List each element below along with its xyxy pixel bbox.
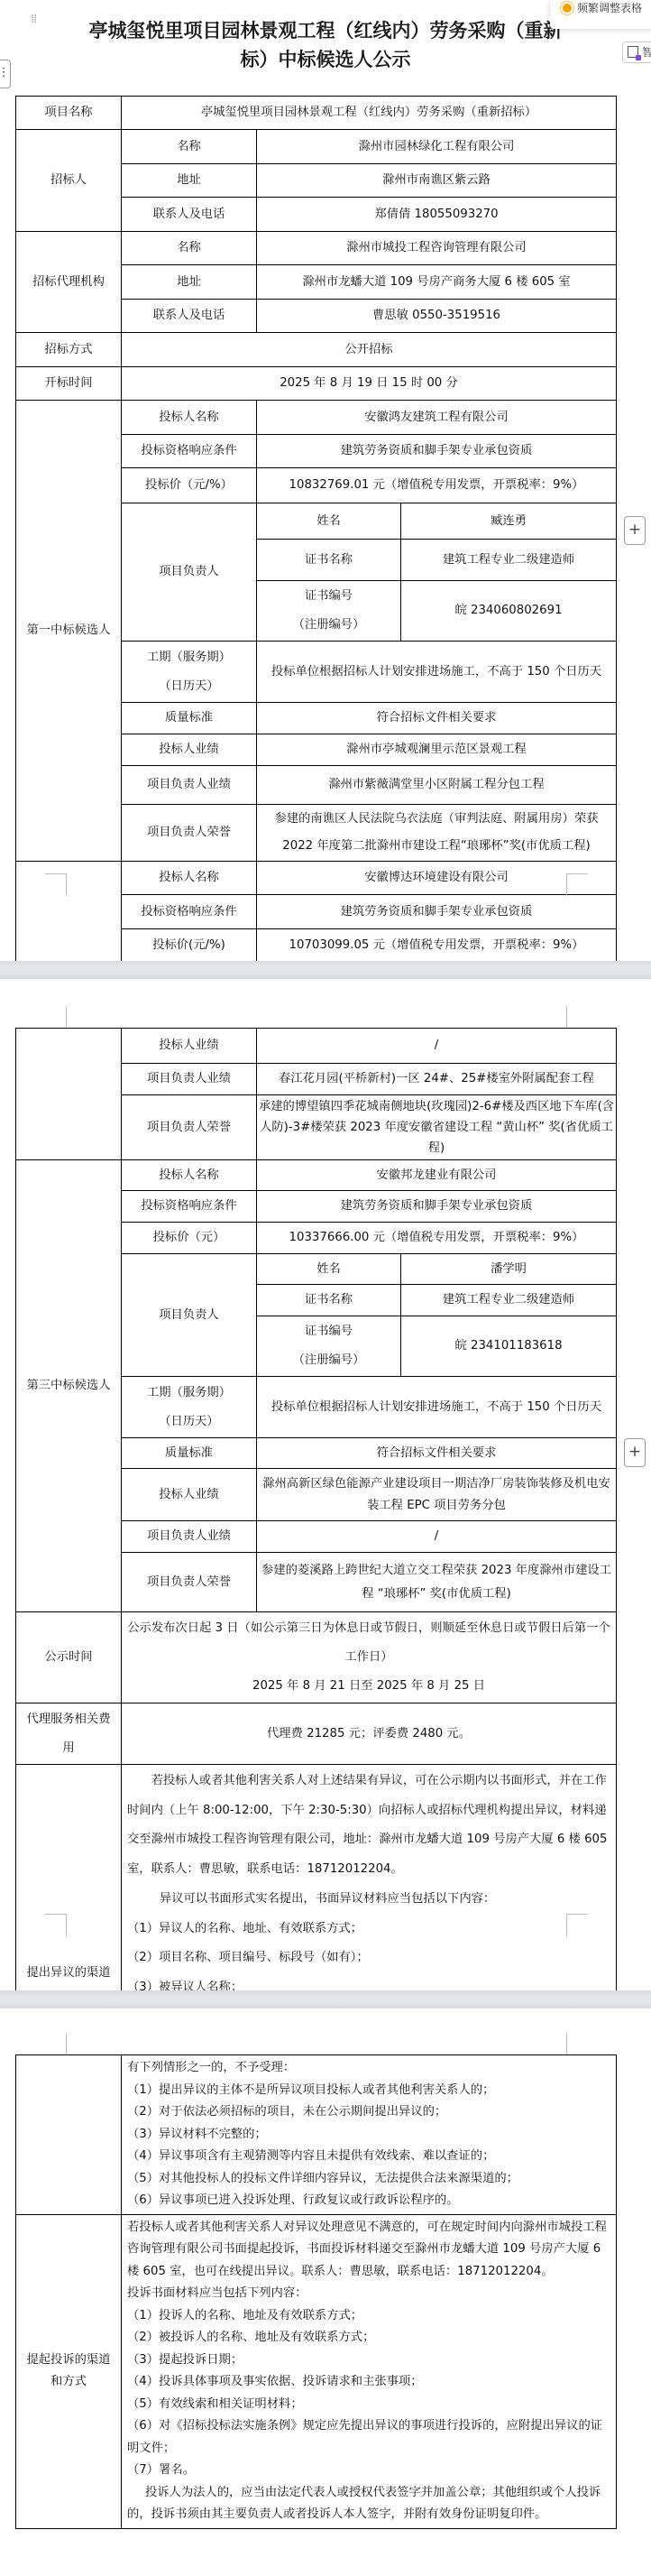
label-pm-perf: 项目负责人业绩 (122, 766, 257, 805)
objection-sub: 异议可以书面形式实名提出，书面异议材料应当包括以下内容： (127, 1885, 610, 1915)
page-corner-mark (45, 873, 67, 896)
candidate-1-price: 10832769.01 元（增值税专用发票，开票税率：9%） (257, 468, 617, 503)
candidate-1-pm-honor: 参建的南谯区人民法院乌衣法庭（审判法庭、附属用房）荣获 2022 年度第二批滁州… (257, 805, 617, 862)
candidate-2-bidder-perf: / (257, 1029, 617, 1064)
label-period-line-2: （日历天） (124, 1408, 254, 1436)
label-cert-no-line-1: 证书编号 (259, 1317, 399, 1346)
candidate-2-qualification: 建筑劳务资质和脚手架专业承包资质 (257, 895, 617, 929)
label-bidder-name: 投标人名称 (122, 862, 257, 895)
candidate-1-pm-perf: 滁州市紫薇满堂里小区附属工程分包工程 (257, 766, 617, 805)
open-time-value: 2025 年 8 月 19 日 15 时 00 分 (122, 367, 617, 401)
label-period-line-2: （日历天） (124, 672, 254, 701)
announcement-table-page-3: 有下列情形之一的，不予受理： （1）提出异议的主体不是所异议项目投标人或者其他利… (15, 2054, 617, 2529)
complaint-item: （7）署名。 (127, 2460, 610, 2482)
candidate-1-cert-name: 建筑工程专业二级建造师 (401, 540, 617, 581)
label-period: 工期（服务期）（日历天） (122, 642, 257, 703)
tenderer-address-value: 滁州市南谯区紫云路 (257, 164, 617, 198)
tip-text: 频繁调整表格 (577, 2, 642, 14)
complaint-item: （3）提起投诉日期； (127, 2350, 610, 2372)
label-pm-honor: 项目负责人荣誉 (122, 1553, 257, 1612)
page-corner-mark (566, 1914, 588, 1936)
label-agency-address: 地址 (122, 265, 257, 300)
complaint-item: （2）被投诉人的名称、地址及有效联系方式； (127, 2327, 610, 2350)
label-open-time: 开标时间 (16, 367, 122, 401)
candidate-1-cert-no: 皖 234060802691 (401, 581, 617, 642)
objection-reject-item: （1）提出异议的主体不是所异议项目投标人或者其他利害关系人的； (127, 2080, 610, 2102)
label-objection-line-1: 提出异议的渠道 (18, 1959, 119, 1988)
label-agency-name: 名称 (122, 232, 257, 265)
label-pm-perf: 项目负责人业绩 (122, 1521, 257, 1553)
complaint-sub: 投诉书面材料应当包括下列内容： (127, 2283, 610, 2305)
label-period-line-1: 工期（服务期） (124, 643, 254, 672)
label-pm-honor: 项目负责人荣誉 (122, 1095, 257, 1160)
candidate-3-pm-perf: / (257, 1521, 617, 1553)
candidate-1-pm-name: 臧连勇 (401, 503, 617, 540)
page-corner-mark (566, 1006, 588, 1029)
objection-reject-item: （2）对于依法必须招标的项目，未在公示期间提出异议的； (127, 2101, 610, 2124)
smart-table-label: 智 (642, 46, 651, 59)
page-corner-mark (566, 2034, 588, 2055)
label-price: 投标价（元/%） (122, 468, 257, 503)
label-publicity: 公示时间 (16, 1612, 122, 1703)
lightbulb-icon (563, 4, 572, 13)
objection-reject-item: （5）对其他投标人的投标文件详细内容异议，无法提供合法来源渠道的； (127, 2168, 610, 2191)
agency-name-value: 滁州市城投工程咨询管理有限公司 (257, 232, 617, 265)
label-bidder-name: 投标人名称 (122, 401, 257, 435)
candidate-2-bidder-name: 安徽博达环境建设有限公司 (257, 862, 617, 895)
candidate-3-cert-no: 皖 234101183618 (401, 1316, 617, 1377)
candidate-3-rank: 第三中标候选人 (16, 1160, 122, 1612)
label-cert-no: 证书编号（注册编号） (257, 1316, 401, 1377)
label-cert-no: 证书编号（注册编号） (257, 581, 401, 642)
label-qualification: 投标资格响应条件 (122, 1191, 257, 1223)
label-pm-name: 姓名 (257, 503, 401, 540)
add-row-button[interactable]: + (624, 1438, 646, 1467)
fees-value: 代理费 21285 元；评委费 2480 元。 (122, 1703, 617, 1765)
candidate-3-cert-name: 建筑工程专业二级建造师 (401, 1285, 617, 1316)
objection-reject-item: （3）异议材料不完整的； (127, 2124, 610, 2147)
label-cert-name: 证书名称 (257, 1285, 401, 1316)
complaint-item: （1）投诉人的名称、地址及有效联系方式； (127, 2305, 610, 2328)
publicity-dates: 2025 年 8 月 21 日至 2025 年 8 月 25 日 (127, 1672, 610, 1701)
table-icon (628, 46, 638, 58)
label-cert-no-line-1: 证书编号 (259, 582, 399, 611)
label-pm: 项目负责人 (122, 503, 257, 642)
complaint-intro: 若投标人或者其他利害关系人对异议处理意见不满意的，可在规定时间内向滁州市城投工程… (127, 2217, 610, 2284)
publicity-rule: 公示发布次日起 3 日（如公示第三日为休息日或节假日，则顺延至休息日或节假日后第… (127, 1614, 610, 1672)
complaint-item: （5）有效线索和相关证明材料； (127, 2394, 610, 2416)
label-quality: 质量标准 (122, 703, 257, 734)
label-cert-no-line-2: （注册编号） (259, 1346, 399, 1375)
candidate-1-quality: 符合招标文件相关要求 (257, 703, 617, 734)
complaint-content: 若投标人或者其他利害关系人对异议处理意见不满意的，可在规定时间内向滁州市城投工程… (122, 2214, 617, 2528)
label-bidder-perf: 投标人业绩 (122, 734, 257, 766)
candidate-2-pm-honor: 承建的博望镇四季花城南侧地块(玫瑰园)2-6#楼及西区地下车库(含人防)-3#楼… (257, 1095, 617, 1160)
complaint-closing: 投诉人为法人的，应当由法定代表人或授权代表签字并加盖公章；其他组织或个人投诉的，… (127, 2482, 610, 2526)
candidate-2-price: 10703099.05 元（增值税专用发票，开票税率：9%） (257, 929, 617, 963)
project-name-value: 亭城玺悦里项目园林景观工程（红线内）劳务采购（重新招标） (122, 97, 617, 130)
label-cert-no-line-2: （注册编号） (259, 611, 399, 640)
objection-reject-item: （4）异议事项含有主观猜测等内容且未提供有效线索、难以查证的； (127, 2146, 610, 2168)
candidate-3-pm-honor: 参建的菱溪路上跨世纪大道立交工程荣获 2023 年度滁州市建设工程 “琅琊杯” … (257, 1553, 617, 1612)
plus-icon: + (628, 1443, 641, 1461)
label-quality: 质量标准 (122, 1438, 257, 1469)
smart-table-button[interactable]: 智 (622, 42, 651, 63)
label-pm-perf: 项目负责人业绩 (122, 1064, 257, 1095)
plus-icon: + (628, 521, 641, 539)
page-break (0, 1990, 651, 2008)
candidate-3-period: 投标单位根据招标人计划安排进场施工，不高于 150 个日历天 (257, 1377, 617, 1438)
label-complaint: 提起投诉的渠道和方式 (16, 2214, 122, 2528)
candidate-3-bidder-perf: 滁州高新区绿色能源产业建设项目一期洁净厂房装饰装修及机电安装工程 EPC 项目劳… (257, 1469, 617, 1521)
label-cert-name: 证书名称 (257, 540, 401, 581)
label-tenderer-contact: 联系人及电话 (122, 198, 257, 232)
label-tenderer: 招标人 (16, 130, 122, 232)
label-method: 招标方式 (16, 333, 122, 367)
page-3: 有下列情形之一的，不予受理： （1）提出异议的主体不是所异议项目投标人或者其他利… (0, 2008, 651, 2576)
candidate-2-pm-perf: 春江花月园(平桥新村)一区 24#、25#楼室外附属配套工程 (257, 1064, 617, 1095)
candidate-1-rank: 第一中标候选人 (16, 401, 122, 862)
tip-banner[interactable]: 频繁调整表格 (550, 0, 651, 29)
add-row-button[interactable]: + (624, 516, 646, 545)
agency-address-value: 滁州市龙蟠大道 109 号房产商务大厦 6 楼 605 室 (257, 265, 617, 300)
page-break (0, 961, 651, 979)
label-agency-contact: 联系人及电话 (122, 300, 257, 333)
objection-item: （2）项目名称、项目编号、标段号（如有）； (127, 1944, 610, 1973)
label-tenderer-name: 名称 (122, 130, 257, 164)
page-corner-mark (566, 873, 588, 896)
candidate-3-pm-name: 潘学明 (401, 1254, 617, 1285)
label-tenderer-address: 地址 (122, 164, 257, 198)
candidate-1-bidder-name: 安徽鸿友建筑工程有限公司 (257, 401, 617, 435)
label-pm-honor: 项目负责人荣誉 (122, 805, 257, 862)
objection-item: （1）异议人的名称、地址、有效联系方式； (127, 1915, 610, 1944)
publicity-value: 公示发布次日起 3 日（如公示第三日为休息日或节假日，则顺延至休息日或节假日后第… (122, 1612, 617, 1703)
objection-reject-item: （6）异议事项已进入投诉处理、行政复议或行政诉讼程序的。 (127, 2190, 610, 2212)
objection-reject-intro: 有下列情形之一的，不予受理： (127, 2057, 610, 2080)
label-complaint-line-1: 提起投诉的渠道 (18, 2350, 119, 2371)
page-corner-mark (45, 1914, 67, 1936)
label-project-name: 项目名称 (16, 97, 122, 130)
label-fees: 代理服务相关费用 (16, 1703, 122, 1765)
complaint-item: （6）对《招标投标法实施条例》规定应先提出异议的事项进行投诉的，应附提出异议的证… (127, 2415, 610, 2460)
tenderer-name-value: 滁州市园林绿化工程有限公司 (257, 130, 617, 164)
page-corner-mark (45, 2034, 67, 2055)
label-fees-line-1: 代理服务相关费 (18, 1705, 119, 1734)
label-bidder-perf: 投标人业绩 (122, 1469, 257, 1521)
candidate-3-quality: 符合招标文件相关要求 (257, 1438, 617, 1469)
label-complaint-line-2: 和方式 (18, 2371, 119, 2393)
complaint-item: （4）投诉具体事项及事实依据、投诉请求和主张事项； (127, 2371, 610, 2394)
label-agency: 招标代理机构 (16, 232, 122, 333)
label-qualification: 投标资格响应条件 (122, 435, 257, 468)
label-fees-line-2: 用 (18, 1734, 119, 1763)
objection-reject-content: 有下列情形之一的，不予受理： （1）提出异议的主体不是所异议项目投标人或者其他利… (122, 2055, 617, 2215)
candidate-1-qualification: 建筑劳务资质和脚手架专业承包资质 (257, 435, 617, 468)
label-bidder-perf: 投标人业绩 (122, 1029, 257, 1064)
objection-label-continued (16, 2055, 122, 2215)
label-period-line-1: 工期（服务期） (124, 1379, 254, 1408)
label-period: 工期（服务期）（日历天） (122, 1377, 257, 1438)
agency-contact-value: 曹思敏 0550-3519516 (257, 300, 617, 333)
label-price: 投标价(元/%) (122, 929, 257, 963)
page-corner-mark (45, 1006, 67, 1029)
page-1: ⁞⁞ ⋮ 亭城玺悦里项目园林景观工程（红线内）劳务采购（重新 标）中标候选人公示… (0, 0, 651, 961)
label-pm: 项目负责人 (122, 1254, 257, 1377)
candidate-2-rank-continued (16, 1029, 122, 1160)
method-value: 公开招标 (122, 333, 617, 367)
candidate-3-price: 10337666.00 元（增值税专用发票，开票税率：9%） (257, 1223, 617, 1254)
candidate-1-bidder-perf: 滁州市亭城观澜里示范区景观工程 (257, 734, 617, 766)
label-bidder-name: 投标人名称 (122, 1160, 257, 1191)
tenderer-contact-value: 郑倩倩 18055093270 (257, 198, 617, 232)
label-qualification: 投标资格响应条件 (122, 895, 257, 929)
candidate-1-period: 投标单位根据招标人计划安排进场施工，不高于 150 个日历天 (257, 642, 617, 703)
page-2: 投标人业绩/ 项目负责人业绩春江花月园(平桥新村)一区 24#、25#楼室外附属… (0, 979, 651, 1990)
candidate-3-bidder-name: 安徽邦龙建业有限公司 (257, 1160, 617, 1191)
label-pm-name: 姓名 (257, 1254, 401, 1285)
label-price: 投标价（元） (122, 1223, 257, 1254)
page-title-line-2: 标）中标候选人公示 (0, 46, 651, 73)
candidate-3-qualification: 建筑劳务资质和脚手架专业承包资质 (257, 1191, 617, 1223)
objection-intro: 若投标人或者其他利害关系人对上述结果有异议，可在公示期内以书面形式，并在工作时间… (127, 1767, 610, 1885)
